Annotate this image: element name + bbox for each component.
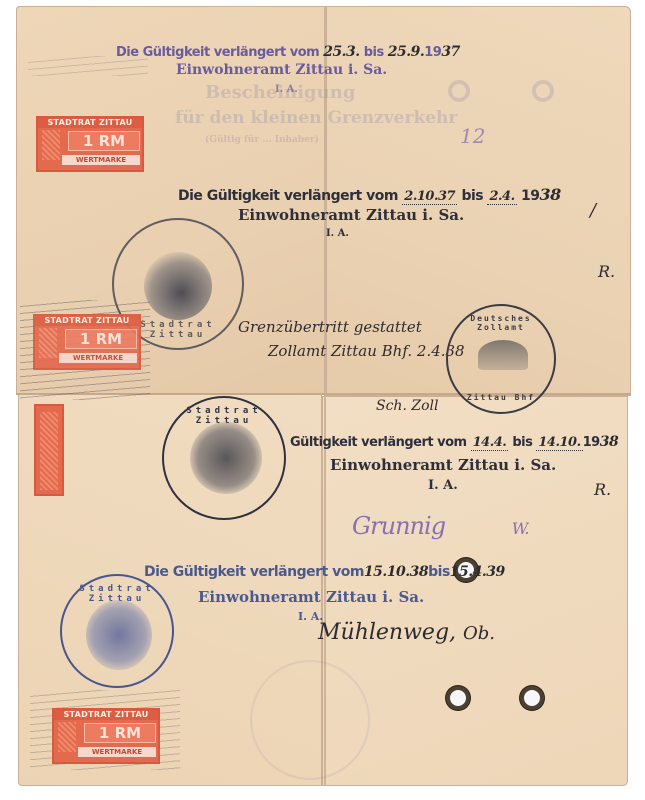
faded-circle-mark: [532, 80, 554, 102]
extension-1-label: Die Gültigkeit verlängert vom 25.3. bis …: [116, 44, 460, 60]
extension-3-label: Gültigkeit verlängert vom 14.4. bis 14.1…: [290, 434, 618, 451]
revenue-stamp: STADTRAT ZITTAU 1 RM WERTMARKE: [36, 116, 144, 172]
violet-signature: Grunnig W.: [352, 512, 528, 540]
margin-tick-mark: /: [590, 200, 596, 221]
stamp-figure-icon: [42, 130, 60, 160]
margin-initial: R.: [594, 480, 611, 499]
handwritten-note-line-2: Zollamt Zittau Bhf. 2.4.38: [268, 342, 465, 360]
city-seal: Stadtrat Zittau: [60, 574, 174, 688]
handwritten-initials: Sch. Zoll: [376, 398, 438, 414]
faded-subtitle: für den kleinen Grenzverkehr: [175, 108, 457, 128]
customs-seal: Deutsches Zollamt Zittau Bhf: [446, 304, 556, 414]
city-coat-of-arms-icon: [190, 422, 262, 494]
stamp-figure-icon: [58, 722, 76, 752]
extension-2-label: Die Gültigkeit verlängert vom 2.10.37 bi…: [178, 185, 561, 205]
perforation-marks: [28, 56, 148, 76]
extension-2-ia: I. A.: [326, 228, 349, 239]
extension-1-office: Einwohneramt Zittau i. Sa.: [176, 62, 387, 78]
handwritten-note-line-1: Grenzübertritt gestattet: [238, 318, 422, 336]
extension-3-ia: I. A.: [428, 478, 458, 493]
city-coat-of-arms-icon: [86, 600, 152, 670]
faded-circle-mark: [448, 80, 470, 102]
city-seal: Stadtrat Zittau: [162, 396, 286, 520]
revenue-stamp: STADTRAT ZITTAU 1 RM WERTMARKE: [33, 314, 141, 370]
city-coat-of-arms-icon: [144, 252, 212, 320]
eagle-emblem-icon: [478, 340, 528, 370]
revenue-stamp: STADTRAT ZITTAU 1 RM WERTMARKE: [52, 708, 160, 764]
eyelet-hole: [446, 686, 470, 710]
handwritten-number: 12: [460, 124, 485, 148]
official-signature: Mühlenweg, Ob.: [318, 620, 495, 645]
extension-1-ia: I. A.: [275, 84, 298, 95]
margin-initial: R.: [598, 262, 615, 281]
extension-3-office: Einwohneramt Zittau i. Sa.: [330, 456, 556, 474]
stamp-figure-icon: [39, 328, 57, 358]
eyelet-hole: [520, 686, 544, 710]
extension-2-office: Einwohneramt Zittau i. Sa.: [238, 206, 464, 224]
faded-note: (Gültig für ... Inhaber): [205, 135, 319, 145]
revenue-stamp-partial: [34, 404, 64, 496]
extension-4-label: Die Gültigkeit verlängert vom15.10.38bis…: [144, 564, 505, 580]
extension-4-office: Einwohneramt Zittau i. Sa.: [198, 588, 424, 606]
faded-seal-impression: [250, 660, 370, 780]
